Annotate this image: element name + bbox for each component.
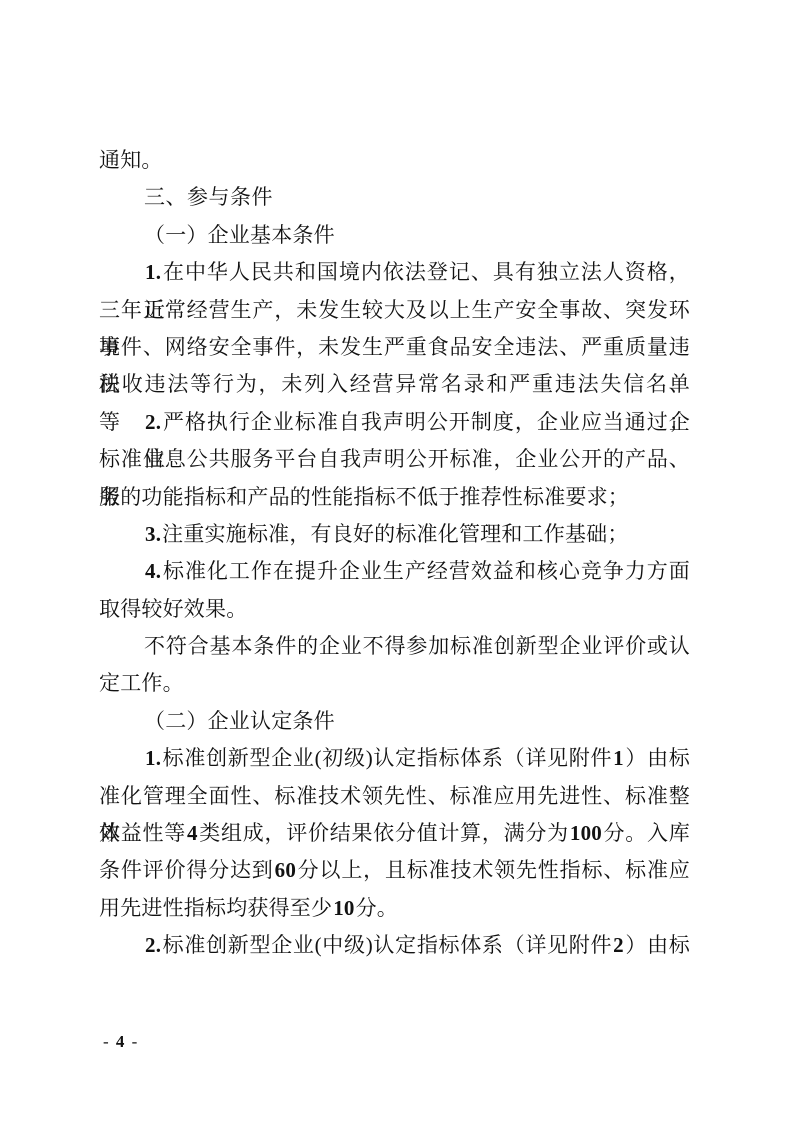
bold-number: 3. — [145, 522, 161, 546]
text-segment: 务的功能指标和产品的性能指标不低于推荐性标准要求； — [99, 485, 629, 509]
text-segment: ）由标 — [625, 933, 690, 957]
text-segment: 注重实施标准，有良好的标准化管理和工作基础； — [162, 522, 628, 546]
bold-number: 100 — [570, 821, 602, 845]
bold-number: 4. — [145, 559, 161, 583]
text-line: 不符合基本条件的企业不得参加标准创新型企业评价或认 — [99, 628, 690, 665]
text-line: 1.标准创新型企业(初级)认定指标体系（详见附件1）由标 — [99, 740, 690, 777]
text-line: 2.严格执行企业标准自我声明公开制度，企业应当通过企业 — [99, 404, 690, 441]
text-segment: 条件评价得分达到 — [99, 858, 274, 882]
text-segment: 取得较好效果。 — [99, 597, 247, 621]
text-line: 事件、网络安全事件，未发生严重食品安全违法、严重质量违法、 — [99, 329, 690, 366]
bold-number: 2 — [613, 933, 624, 957]
text-segment: 通知。 — [99, 148, 163, 172]
text-line: 2.标准创新型企业(中级)认定指标体系（详见附件2）由标 — [99, 927, 690, 964]
text-segment: - — [126, 1032, 138, 1051]
bold-number: 1 — [613, 746, 624, 770]
text-segment: 效益性等 — [99, 821, 186, 845]
text-line: 3.注重实施标准，有良好的标准化管理和工作基础； — [99, 516, 690, 553]
bold-number: 60 — [275, 858, 296, 882]
text-line: （二）企业认定条件 — [99, 703, 690, 740]
text-line: 用先进性指标均获得至少10分。 — [99, 890, 690, 927]
text-segment: 分。入库 — [603, 821, 690, 845]
text-line: 务的功能指标和产品的性能指标不低于推荐性标准要求； — [99, 479, 690, 516]
text-segment: 三、参与条件 — [144, 186, 273, 209]
text-segment: 类组成，评价结果依分值计算，满分为 — [199, 821, 569, 845]
text-line: 税收违法等行为，未列入经营异常名录和严重违法失信名单等； — [99, 366, 690, 403]
bold-number: 1. — [145, 746, 161, 770]
text-line: 1.在中华人民共和国境内依法登记、具有独立法人资格，近 — [99, 254, 690, 291]
text-line: 条件评价得分达到60分以上，且标准技术领先性指标、标准应 — [99, 852, 690, 889]
text-segment: 分以上，且标准技术领先性指标、标准应 — [297, 858, 690, 882]
text-line: 三年正常经营生产，未发生较大及以上生产安全事故、突发环境 — [99, 292, 690, 329]
text-segment: 不符合基本条件的企业不得参加标准创新型企业评价或认 — [144, 634, 690, 658]
text-segment: 标准化工作在提升企业生产经营效益和核心竞争力方面 — [162, 559, 690, 583]
text-segment: （一）企业基本条件 — [144, 223, 335, 247]
text-segment: ）由标 — [625, 746, 690, 770]
bold-number: 10 — [333, 896, 354, 920]
bold-number: 2. — [145, 933, 161, 957]
text-segment: 用先进性指标均获得至少 — [99, 896, 332, 920]
document-body: 通知。三、参与条件（一）企业基本条件1.在中华人民共和国境内依法登记、具有独立法… — [99, 142, 690, 965]
text-line: 准化管理全面性、标准技术领先性、标准应用先进性、标准整体 — [99, 778, 690, 815]
page-number: - 4 - — [103, 1031, 138, 1053]
text-line: 定工作。 — [99, 665, 690, 702]
text-line: 效益性等4类组成，评价结果依分值计算，满分为100分。入库 — [99, 815, 690, 852]
section-heading: 三、参与条件 — [99, 179, 690, 216]
bold-number: 2. — [145, 410, 161, 434]
bold-number: 4 — [187, 821, 198, 845]
text-segment: 分。 — [356, 896, 398, 920]
text-segment: - — [103, 1032, 115, 1051]
bold-number: 1. — [145, 260, 161, 284]
text-segment: 标准创新型企业(中级)认定指标体系（详见附件 — [162, 933, 612, 957]
text-line: 通知。 — [99, 142, 690, 179]
text-segment: （二）企业认定条件 — [144, 709, 335, 733]
text-line: 4.标准化工作在提升企业生产经营效益和核心竞争力方面 — [99, 553, 690, 590]
text-segment: 标准创新型企业(初级)认定指标体系（详见附件 — [162, 746, 612, 770]
text-line: 标准信息公共服务平台自我声明公开标准，企业公开的产品、服 — [99, 441, 690, 478]
text-line: 取得较好效果。 — [99, 591, 690, 628]
text-segment: 定工作。 — [99, 671, 184, 695]
bold-number: 4 — [116, 1032, 126, 1051]
document-page: 通知。三、参与条件（一）企业基本条件1.在中华人民共和国境内依法登记、具有独立法… — [0, 0, 794, 1123]
text-line: （一）企业基本条件 — [99, 217, 690, 254]
